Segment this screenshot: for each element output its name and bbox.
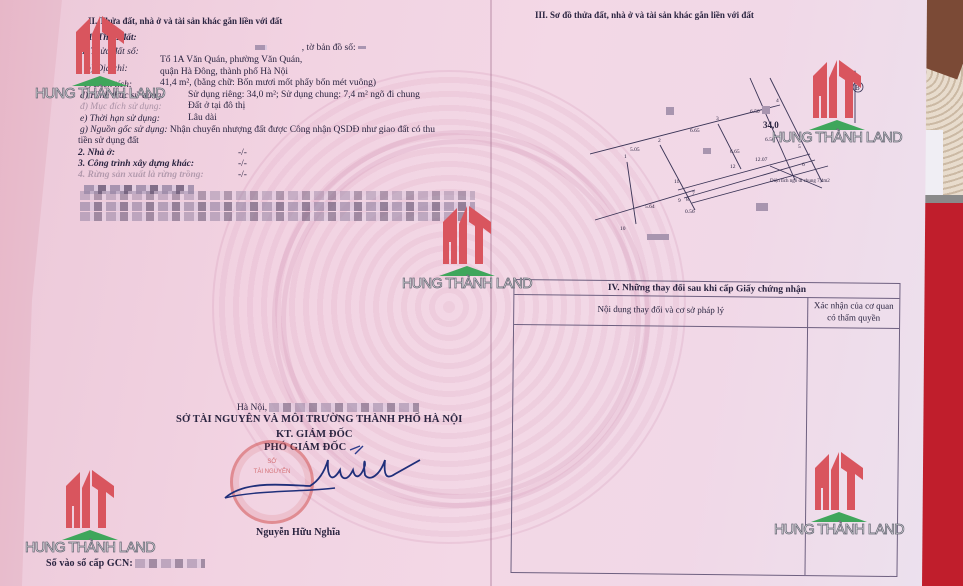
map-sheet-label: , tờ bản đồ số: — [255, 43, 366, 53]
other-construction-value: -/- — [238, 159, 247, 169]
ht-logo-icon — [72, 14, 128, 86]
redacted-line-5 — [80, 186, 475, 195]
column-authority-line-1: Xác nhận của cơ quan — [808, 299, 899, 312]
svg-text:5.64: 5.64 — [645, 204, 655, 210]
forest-value: -/- — [238, 170, 247, 180]
usage-term-label: e) Thời hạn sử dụng: — [80, 114, 160, 124]
redacted-map-sheet — [358, 46, 366, 49]
watermark-logo: HUNG THÀNH LAND — [764, 450, 914, 550]
svg-text:1: 1 — [624, 154, 627, 160]
place-date-text: Hà Nội, — [237, 403, 267, 413]
watermark-brand-text: HUNG THÀNH LAND — [764, 522, 914, 538]
usage-purpose-value: Đất ở tại đô thị — [188, 101, 245, 111]
map-sheet-text: , tờ bản đồ số: — [302, 43, 356, 53]
ht-logo-icon — [439, 204, 495, 276]
changes-table-header: Nội dung thay đổi và cơ sở pháp lý Xác n… — [514, 294, 899, 329]
redacted-date — [269, 403, 419, 412]
svg-text:12: 12 — [730, 164, 736, 170]
usage-origin: g) Nguồn gốc sử dụng: Nhận chuyển nhượng… — [80, 125, 435, 135]
area-value: 41,4 m², (bằng chữ: Bốn mươi mốt phẩy bố… — [160, 78, 376, 88]
usage-origin-label: g) Nguồn gốc sử dụng: — [80, 125, 168, 135]
house-label: 2. Nhà ở: — [78, 148, 115, 158]
address-line-2: quận Hà Đông, thành phố Hà Nội — [160, 67, 288, 77]
svg-text:5.05: 5.05 — [630, 147, 640, 153]
watermark-logo: HUNG THÀNH LAND — [25, 14, 175, 114]
issuing-organization: SỞ TÀI NGUYÊN VÀ MÔI TRƯỜNG THÀNH PHỐ HÀ… — [176, 414, 462, 425]
svg-text:2: 2 — [658, 138, 661, 144]
usage-origin-line-2: tiền sử dụng đất — [78, 136, 139, 146]
usage-origin-value: Nhận chuyển nhượng đất được Công nhận QS… — [170, 125, 435, 135]
watermark-brand-text: HUNG THÀNH LAND — [392, 276, 542, 292]
watermark-logo: HUNG THÀNH LAND — [15, 468, 165, 568]
column-authority-line-2: có thẩm quyền — [808, 311, 899, 324]
signer-name: Nguyễn Hữu Nghĩa — [256, 527, 340, 538]
watermark-brand-text: HUNG THÀNH LAND — [762, 130, 912, 146]
usage-term-value: Lâu dài — [188, 113, 217, 123]
ht-logo-icon — [809, 58, 865, 130]
house-value: -/- — [238, 148, 247, 158]
watermark-logo: HUNG THÀNH LAND — [762, 58, 912, 158]
watermark-logo: HUNG THÀNH LAND — [392, 204, 542, 304]
svg-text:6.65: 6.65 — [730, 149, 740, 155]
svg-text:6.50: 6.50 — [750, 109, 760, 115]
redacted-box — [647, 234, 669, 240]
watermark-brand-text: HUNG THÀNH LAND — [15, 540, 165, 556]
usage-form-value: Sử dụng riêng: 34,0 m²; Sử dụng chung: 7… — [188, 90, 420, 100]
column-change-content: Nội dung thay đổi và cơ sở pháp lý — [514, 303, 807, 316]
ht-logo-icon — [811, 450, 867, 522]
ht-logo-icon — [62, 468, 118, 540]
svg-text:11: 11 — [674, 179, 680, 185]
svg-text:6.65: 6.65 — [690, 128, 700, 134]
redacted-box — [703, 148, 711, 154]
section-3-title: III. Sơ đồ thửa đất, nhà ở và tài sản kh… — [535, 10, 754, 20]
svg-text:6: 6 — [802, 162, 805, 168]
forest-label: 4. Rừng sản xuất là rừng trồng: — [78, 170, 204, 180]
redacted-box — [756, 203, 768, 211]
svg-text:0.56: 0.56 — [685, 209, 695, 215]
svg-text:9: 9 — [678, 198, 681, 204]
address-line-1: Tổ 1A Văn Quán, phường Văn Quán, — [160, 55, 302, 65]
svg-text:8: 8 — [686, 197, 689, 203]
place-date: Hà Nội, — [237, 403, 419, 413]
redacted-parcel-number — [255, 45, 267, 50]
kt-director: KT. GIÁM ĐỐC — [276, 429, 353, 440]
svg-text:10: 10 — [620, 226, 626, 232]
other-construction-label: 3. Công trình xây dựng khác: — [78, 159, 194, 169]
svg-text:3: 3 — [716, 116, 719, 122]
forest-row: 4. Rừng sản xuất là rừng trồng: — [78, 170, 204, 180]
shared-path-note: Diện tích ngõ đi chung 7,4m2 — [770, 179, 830, 184]
redacted-box — [666, 107, 674, 115]
watermark-brand-text: HUNG THÀNH LAND — [25, 86, 175, 102]
handwritten-signature — [215, 440, 425, 510]
column-authority-confirmation: Xác nhận của cơ quan có thẩm quyền — [808, 299, 899, 324]
svg-text:7: 7 — [692, 191, 695, 197]
